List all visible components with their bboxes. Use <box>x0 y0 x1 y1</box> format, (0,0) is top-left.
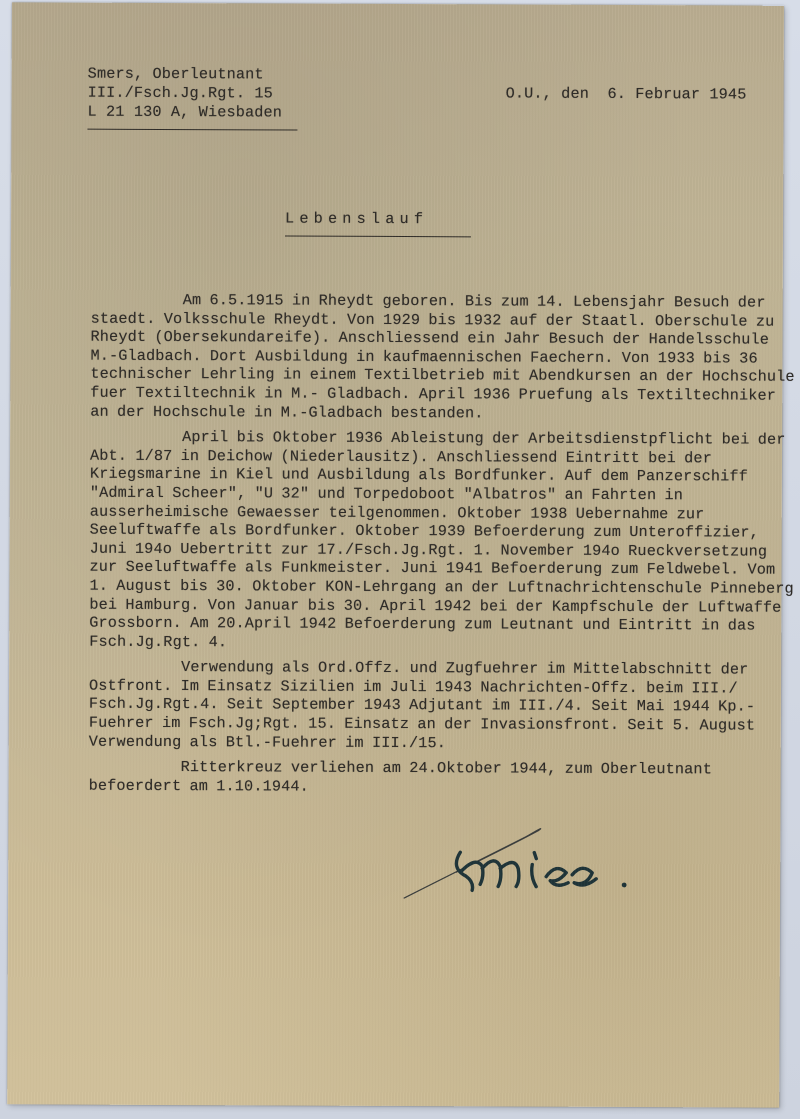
document-title: Lebenslauf <box>285 210 471 229</box>
sender-underline <box>87 129 297 131</box>
sender-block: Smers, Oberleutnant III./Fsch.Jg.Rgt. 15… <box>87 65 297 131</box>
signature-icon <box>396 816 696 907</box>
title-underline <box>285 236 471 238</box>
document-page: Smers, Oberleutnant III./Fsch.Jg.Rgt. 15… <box>7 2 784 1107</box>
paragraph-awards: Ritterkreuz verliehen am 24.Oktober 1944… <box>89 758 800 798</box>
handwritten-signature <box>396 816 696 907</box>
sender-name-rank: Smers, Oberleutnant <box>88 65 298 85</box>
sender-unit: III./Fsch.Jg.Rgt. 15 <box>88 84 298 104</box>
title-block: Lebenslauf <box>285 210 471 238</box>
paragraph-early-life: Am 6.5.1915 in Rheydt geboren. Bis zum 1… <box>90 291 800 424</box>
paragraph-officer-service: Verwendung als Ord.Offz. und Zugfuehrer … <box>89 658 800 754</box>
document-body: Am 6.5.1915 in Rheydt geboren. Bis zum 1… <box>89 291 800 806</box>
place-date: O.U., den 6. Februar 1945 <box>506 84 747 103</box>
paragraph-military-service: April bis Oktober 1936 Ableistung der Ar… <box>89 428 800 654</box>
sender-fieldpost: L 21 130 A, Wiesbaden <box>87 103 297 123</box>
